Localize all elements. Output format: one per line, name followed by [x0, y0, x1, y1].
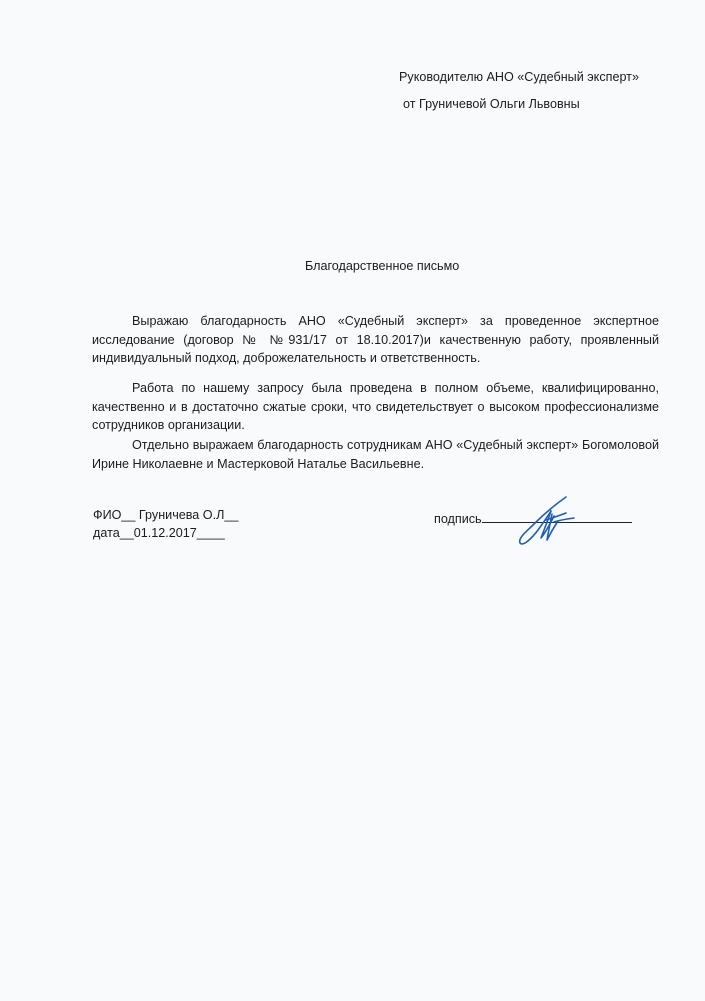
paragraph-text: Выражаю благодарность АНО «Судебный эксп… — [92, 312, 659, 368]
paragraph-1: Выражаю благодарность АНО «Судебный эксп… — [92, 312, 659, 368]
paragraph-2: Работа по нашему запросу была проведена … — [92, 379, 659, 435]
paragraph-3: Отдельно выражаем благодарность сотрудни… — [92, 436, 659, 473]
signature-label: подпись — [434, 510, 482, 529]
signature-icon — [510, 494, 580, 546]
date-field: дата__01.12.2017____ — [93, 524, 225, 543]
recipient-to: Руководителю АНО «Судебный эксперт» — [399, 68, 639, 87]
paragraph-text: Работа по нашему запросу была проведена … — [92, 379, 659, 435]
letter-page: Руководителю АНО «Судебный эксперт» от Г… — [0, 0, 705, 1001]
fio-field: ФИО__ Груничева О.Л__ — [93, 506, 238, 525]
letter-title: Благодарственное письмо — [305, 257, 459, 276]
recipient-from: от Груничевой Ольги Львовны — [403, 95, 580, 114]
paragraph-text: Отдельно выражаем благодарность сотрудни… — [92, 436, 659, 473]
